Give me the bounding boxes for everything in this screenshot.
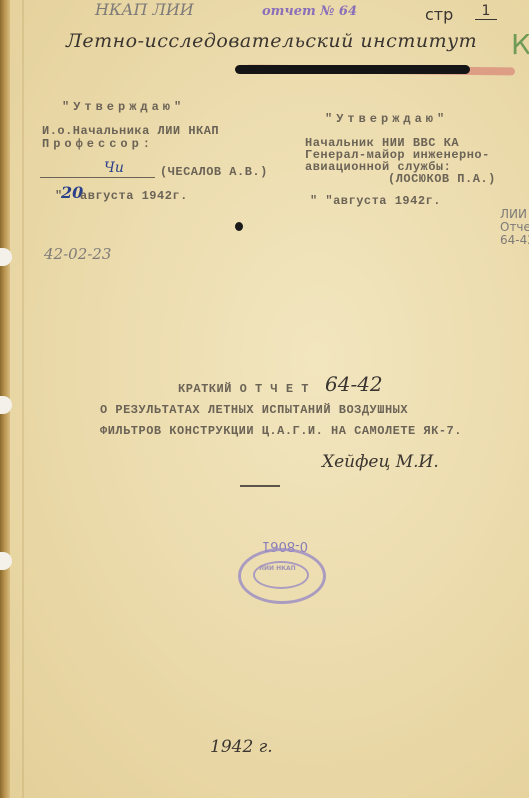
institute-name: Летно-исследовательский институт bbox=[66, 30, 477, 52]
stamp-text: ЛИИ НКАП bbox=[259, 565, 296, 572]
report-title: КРАТКИЙ О Т Ч Е Т bbox=[178, 382, 309, 396]
punch-hole bbox=[0, 248, 12, 266]
report-mark: отчет № 64 bbox=[262, 4, 357, 19]
approval-left-position: И.о.Начальника ЛИИ НКАП bbox=[42, 124, 219, 138]
punch-hole bbox=[0, 396, 12, 414]
punch-hole bbox=[0, 552, 12, 570]
document-page: НКАП ЛИИ отчет № 64 стр 1 Летно-исследов… bbox=[0, 0, 529, 798]
approval-left-title: Профессор: bbox=[42, 137, 154, 151]
document-year: 1942 г. bbox=[210, 737, 273, 757]
page-fold bbox=[22, 0, 24, 798]
file-code: 42-02-23 bbox=[44, 245, 111, 263]
approval-left-heading: "Утверждаю" bbox=[62, 100, 185, 114]
margin-note-line: 64-42 bbox=[500, 234, 529, 247]
redaction-black-bar bbox=[235, 65, 470, 74]
approval-left-name: (ЧЕСАЛОВ А.В.) bbox=[160, 165, 268, 179]
page-number: 1 bbox=[475, 3, 497, 20]
approval-left-signature: Чи bbox=[104, 160, 124, 176]
archive-stamp: ЛИИ НКАП bbox=[238, 548, 326, 604]
approval-right-date: " "августа 1942г. bbox=[310, 194, 441, 208]
report-number: 64-42 bbox=[325, 372, 383, 396]
approval-right-name: (ЛОСЮКОВ П.А.) bbox=[388, 172, 496, 186]
archive-mark: НКАП ЛИИ bbox=[95, 0, 194, 19]
author-name: Хейфец М.И. bbox=[322, 452, 439, 472]
margin-note: ЛИИ Отчет 64-42 bbox=[500, 208, 529, 247]
signature-line bbox=[40, 177, 155, 178]
report-subject-line1: О РЕЗУЛЬТАТАХ ЛЕТНЫХ ИСПЫТАНИЙ ВОЗДУШНЫХ bbox=[100, 403, 408, 417]
report-subject-line2: ФИЛЬТРОВ КОНСТРУКЦИИ Ц.А.Г.И. НА САМОЛЕТ… bbox=[100, 424, 462, 438]
page-label: стр bbox=[425, 5, 453, 24]
margin-letter: К bbox=[511, 28, 529, 61]
separator-dash bbox=[240, 485, 280, 487]
approval-right-heading: "Утверждаю" bbox=[325, 112, 448, 126]
ink-blot bbox=[235, 222, 243, 231]
approval-left-date: августа 1942г. bbox=[80, 189, 188, 203]
